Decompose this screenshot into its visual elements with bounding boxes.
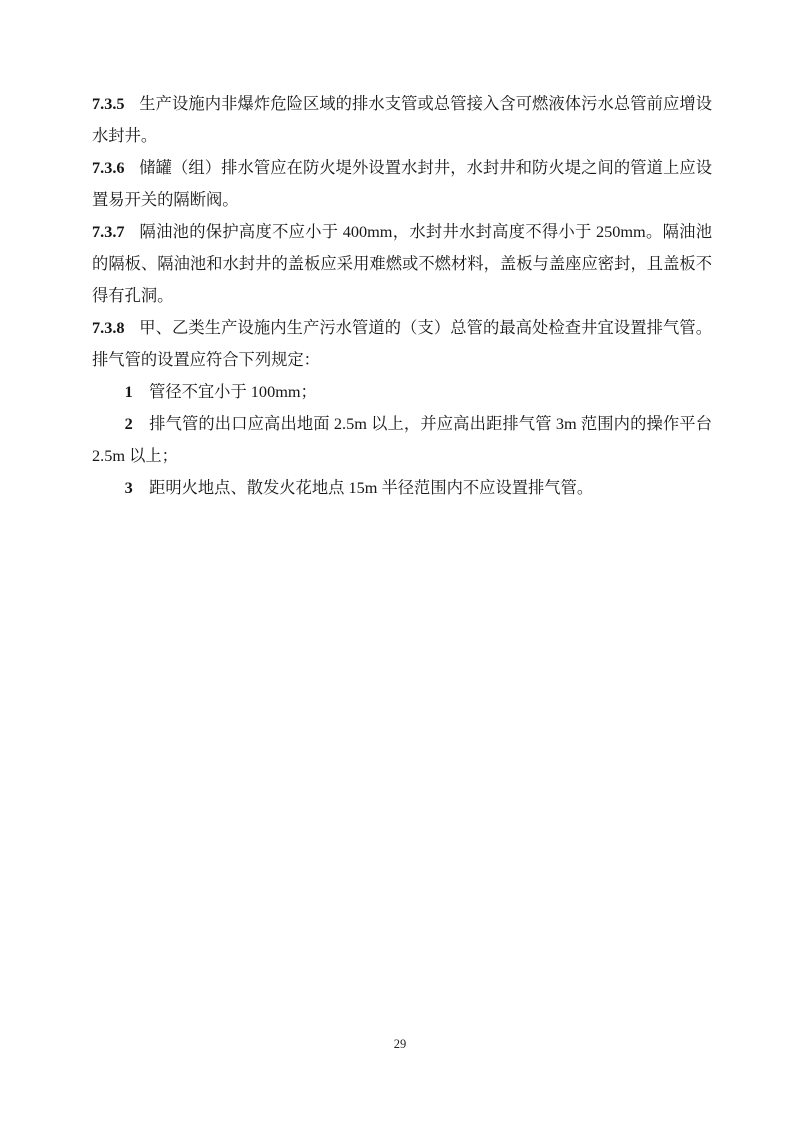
item-text: 管径不宜小于 100mm； [149, 382, 317, 401]
document-page: 7.3.5生产设施内非爆炸危险区域的排水支管或总管接入含可燃液体污水总管前应增设… [0, 0, 800, 1131]
clause-text: 储罐（组）排水管应在防火堤外设置水封井，水封井和防火堤之间的管道上应设置易开关的… [92, 158, 712, 209]
page-number: 29 [394, 1037, 407, 1051]
clause-text: 甲、乙类生产设施内生产污水管道的（支）总管的最高处检查井宜设置排气管。排气管的设… [92, 318, 712, 369]
list-item-3: 3距明火地点、散发火花地点 15m 半径范围内不应设置排气管。 [92, 472, 712, 504]
list-item-1: 1管径不宜小于 100mm； [92, 376, 712, 408]
clause-7-3-7: 7.3.7隔油池的保护高度不应小于 400mm，水封井水封高度不得小于 250m… [92, 216, 712, 312]
clause-number: 7.3.7 [92, 222, 125, 241]
clause-text: 隔油池的保护高度不应小于 400mm，水封井水封高度不得小于 250mm。隔油池… [92, 222, 712, 305]
page-footer: 29 [0, 1036, 800, 1052]
item-number: 3 [125, 478, 133, 497]
clause-number: 7.3.6 [92, 158, 125, 177]
clause-text-block: 7.3.5生产设施内非爆炸危险区域的排水支管或总管接入含可燃液体污水总管前应增设… [92, 88, 712, 504]
clause-text: 生产设施内非爆炸危险区域的排水支管或总管接入含可燃液体污水总管前应增设水封井。 [92, 94, 712, 145]
item-text: 排气管的出口应高出地面 2.5m 以上，并应高出距排气管 3m 范围内的操作平台… [92, 414, 712, 465]
clause-number: 7.3.8 [92, 318, 125, 337]
clause-number: 7.3.5 [92, 94, 125, 113]
list-item-2: 2排气管的出口应高出地面 2.5m 以上，并应高出距排气管 3m 范围内的操作平… [92, 408, 712, 472]
clause-7-3-6: 7.3.6储罐（组）排水管应在防火堤外设置水封井，水封井和防火堤之间的管道上应设… [92, 152, 712, 216]
item-text: 距明火地点、散发火花地点 15m 半径范围内不应设置排气管。 [149, 478, 593, 497]
clause-7-3-8: 7.3.8甲、乙类生产设施内生产污水管道的（支）总管的最高处检查井宜设置排气管。… [92, 312, 712, 376]
clause-7-3-5: 7.3.5生产设施内非爆炸危险区域的排水支管或总管接入含可燃液体污水总管前应增设… [92, 88, 712, 152]
item-number: 1 [125, 382, 133, 401]
item-number: 2 [125, 414, 133, 433]
